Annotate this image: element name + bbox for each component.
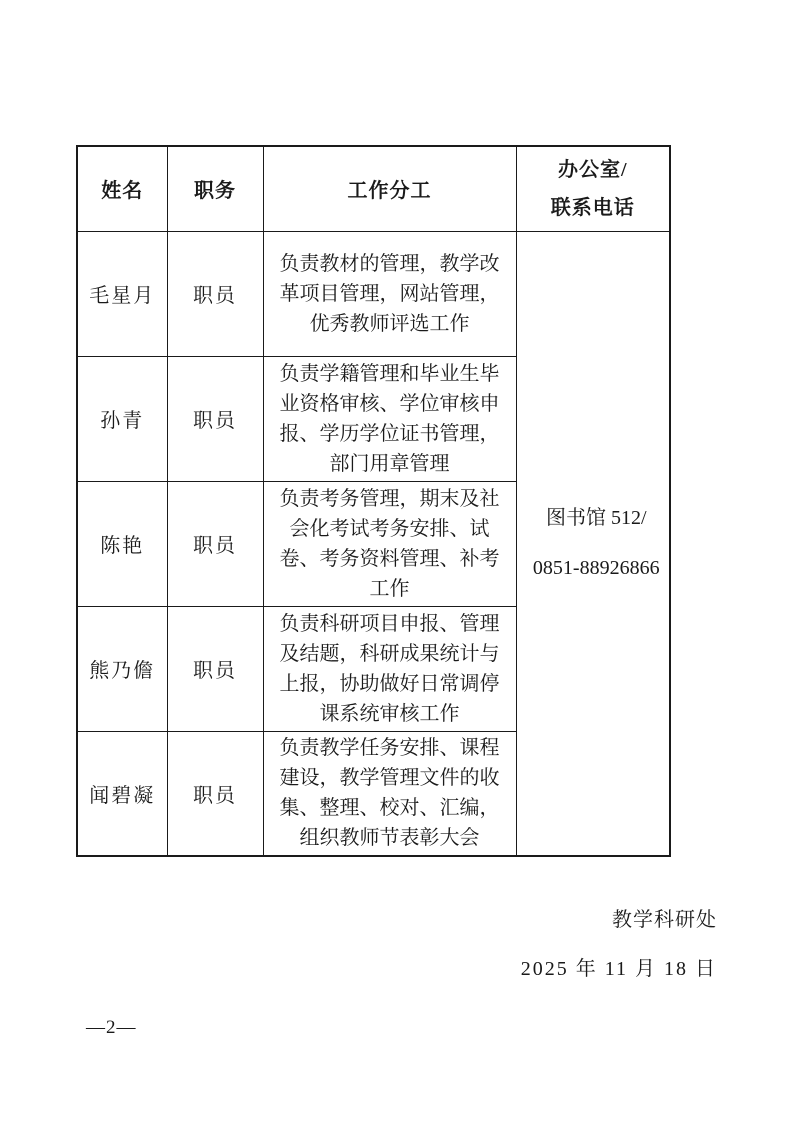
table-row: 毛星月 职员 负责教材的管理，教学改革项目管理，网站管理，优秀教师评选工作 图书… [77, 231, 670, 356]
name-cell: 熊乃儋 [77, 606, 167, 731]
division-cell: 负责教材的管理，教学改革项目管理，网站管理，优秀教师评选工作 [263, 231, 516, 356]
signature-date: 2025 年 11 月 18 日 [521, 952, 717, 981]
header-office-line1: 办公室/ [517, 151, 670, 189]
position-cell: 职员 [167, 481, 263, 606]
division-cell: 负责教学任务安排、课程建设，教学管理文件的收集、整理、校对、汇编，组织教师节表彰… [263, 731, 516, 856]
signature-department: 教学科研处 [521, 903, 717, 932]
division-cell: 负责学籍管理和毕业生毕业资格审核、学位审核申报、学历学位证书管理，部门用章管理 [263, 356, 516, 481]
position-cell: 职员 [167, 606, 263, 731]
name-cell: 陈艳 [77, 481, 167, 606]
header-name: 姓名 [77, 146, 167, 231]
office-contact-cell: 图书馆 512/ 0851-88926866 [516, 231, 670, 856]
position-cell: 职员 [167, 231, 263, 356]
header-office-line2: 联系电话 [517, 189, 670, 227]
name-cell: 毛星月 [77, 231, 167, 356]
table-header-row: 姓名 职务 工作分工 办公室/ 联系电话 [77, 146, 670, 231]
header-division: 工作分工 [263, 146, 516, 231]
document-page: 姓名 职务 工作分工 办公室/ 联系电话 毛星月 职员 负责教材的管理，教学改革… [0, 0, 793, 1122]
division-cell: 负责考务管理，期末及社会化考试考务安排、试卷、考务资料管理、补考工作 [263, 481, 516, 606]
page-number: —2— [86, 1017, 137, 1039]
staff-assignment-table: 姓名 职务 工作分工 办公室/ 联系电话 毛星月 职员 负责教材的管理，教学改革… [76, 145, 671, 857]
header-position: 职务 [167, 146, 263, 231]
division-cell: 负责科研项目申报、管理及结题，科研成果统计与上报，协助做好日常调停课系统审核工作 [263, 606, 516, 731]
name-cell: 孙青 [77, 356, 167, 481]
position-cell: 职员 [167, 731, 263, 856]
name-cell: 闻碧凝 [77, 731, 167, 856]
header-office: 办公室/ 联系电话 [516, 146, 670, 231]
signature-block: 教学科研处 2025 年 11 月 18 日 [521, 903, 717, 981]
office-phone: 0851-88926866 [524, 555, 670, 581]
position-cell: 职员 [167, 356, 263, 481]
office-location: 图书馆 512/ [524, 505, 670, 531]
